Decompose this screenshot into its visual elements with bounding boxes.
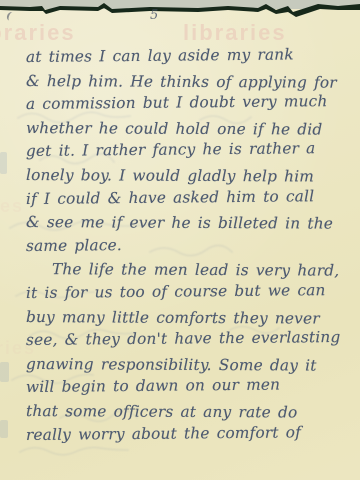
handwriting-line: get it. I rather fancy he is rather a: [26, 137, 348, 164]
letter-page: libraries libraries libraries libraries …: [0, 0, 360, 480]
handwriting-line: same place.: [26, 232, 348, 259]
handwriting-line: will begin to dawn on our men: [26, 373, 348, 400]
handwriting-line: at times I can lay aside my rank: [26, 43, 348, 70]
handwriting-line: really worry about the comfort of: [26, 420, 348, 447]
handwriting-line: it is for us too of course but we can: [26, 279, 348, 306]
handwriting-line: a commission but I doubt very much: [26, 90, 348, 117]
handwriting-line: if I could & have asked him to call: [26, 184, 348, 211]
letter-body: at times I can lay aside my rank & help …: [26, 46, 348, 447]
handwriting-line: see, & they don't have the everlasting: [26, 326, 348, 353]
